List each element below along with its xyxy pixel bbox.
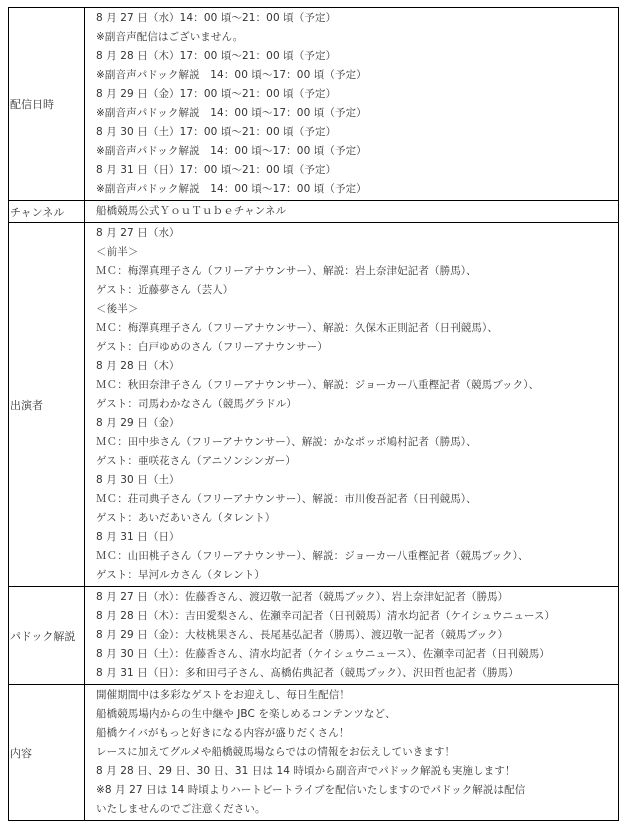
text-line: 船橋ケイバがもっと好きになる内容が盛りだくさん！: [96, 724, 618, 743]
row-label-paddock: パドック解説: [9, 587, 85, 685]
row-label-channel: チャンネル: [9, 201, 85, 223]
text-line: ＭＣ：梅澤真理子さん（フリーアナウンサー）、解説：岩上奈津妃記者（勝馬）、: [96, 262, 618, 281]
text-line: ＭＣ：田中歩さん（フリーアナウンサー）、解説：かなポッポ鳩村記者（勝馬）、: [96, 433, 618, 452]
text-line: 8 月 27 日（水）14：00 頃～21：00 頃（予定）: [96, 9, 618, 28]
text-line: レースに加えてグルメや船橋競馬場ならではの情報をお伝えしていきます！: [96, 743, 618, 762]
row-label-schedule: 配信日時: [9, 8, 85, 201]
text-line: ゲスト：近藤夢さん（芸人）: [96, 281, 618, 300]
broadcast-info-table: 配信日時 8 月 27 日（水）14：00 頃～21：00 頃（予定） ※副音声…: [8, 7, 619, 821]
row-label-cast: 出演者: [9, 223, 85, 587]
text-line: ＭＣ：山田桃子さん（フリーアナウンサー）、解説：ジョーカー八重樫記者（競馬ブック…: [96, 547, 618, 566]
text-line: 8 月 30 日（土）17：00 頃～21：00 頃（予定）: [96, 123, 618, 142]
text-line: いたしませんのでご注意ください。: [96, 800, 618, 819]
text-line: ゲスト：司馬わかなさん（競馬グラドル）: [96, 395, 618, 414]
text-line: 8 月 31 日（日）：多和田弓子さん、髙橋佑典記者（競馬ブック）、沢田哲也記者…: [96, 664, 618, 683]
text-line: 船橋競馬公式ＹｏｕＴｕｂｅチャンネル: [96, 202, 618, 221]
text-line: ＜後半＞: [96, 300, 618, 319]
text-line: ※8 月 27 日は 14 時頃よりハートビートライブを配信いたしますのでパドッ…: [96, 781, 618, 800]
text-line: 8 月 28 日（木）: [96, 357, 618, 376]
text-line: ゲスト：早河ルカさん（タレント）: [96, 566, 618, 585]
text-line: 8 月 29 日（金）17：00 頃～21：00 頃（予定）: [96, 85, 618, 104]
row-label-content: 内容: [9, 685, 85, 821]
text-line: ※副音声パドック解説 14：00 頃～17：00 頃（予定）: [96, 142, 618, 161]
row-channel: チャンネル 船橋競馬公式ＹｏｕＴｕｂｅチャンネル: [9, 201, 619, 223]
text-line: ＭＣ：秋田奈津子さん（フリーアナウンサー）、解説：ジョーカー八重樫記者（競馬ブッ…: [96, 376, 618, 395]
row-schedule: 配信日時 8 月 27 日（水）14：00 頃～21：00 頃（予定） ※副音声…: [9, 8, 619, 201]
row-cast: 出演者 8 月 27 日（水） ＜前半＞ ＭＣ：梅澤真理子さん（フリーアナウンサ…: [9, 223, 619, 587]
row-content-schedule: 8 月 27 日（水）14：00 頃～21：00 頃（予定） ※副音声配信はござ…: [85, 8, 619, 201]
text-line: ＭＣ：荘司典子さん（フリーアナウンサー）、解説：市川俊吾記者（日刊競馬）、: [96, 490, 618, 509]
text-line: ゲスト：あいだあいさん（タレント）: [96, 509, 618, 528]
text-line: ※副音声パドック解説 14：00 頃～17：00 頃（予定）: [96, 104, 618, 123]
text-line: 8 月 28 日（木）：吉田愛梨さん、佐瀬幸司記者（日刊競馬）清水均記者（ケイシ…: [96, 607, 618, 626]
text-line: 8 月 29 日（金）: [96, 414, 618, 433]
text-line: 8 月 31 日（日）17：00 頃～21：00 頃（予定）: [96, 161, 618, 180]
text-line: 8 月 30 日（土）: [96, 471, 618, 490]
text-line: 8 月 28 日（木）17：00 頃～21：00 頃（予定）: [96, 47, 618, 66]
text-line: ※副音声パドック解説 14：00 頃～17：00 頃（予定）: [96, 66, 618, 85]
text-line: 8 月 28 日、29 日、30 日、31 日は 14 時頃から副音声でパドック…: [96, 762, 618, 781]
row-content-channel: 船橋競馬公式ＹｏｕＴｕｂｅチャンネル: [85, 201, 619, 223]
row-content-description: 内容 開催期間中は多彩なゲストをお迎えし、毎日生配信！ 船橋競馬場内からの生中継…: [9, 685, 619, 821]
text-line: 8 月 30 日（土）：佐藤香さん、清水均記者（ケイシュウニュース）、佐瀬幸司記…: [96, 645, 618, 664]
text-line: ＭＣ：梅澤真理子さん（フリーアナウンサー）、解説：久保木正則記者（日刊競馬）、: [96, 319, 618, 338]
text-line: ※副音声パドック解説 14：00 頃～17：00 頃（予定）: [96, 180, 618, 199]
text-line: ゲスト：白戸ゆめのさん（フリーアナウンサー）: [96, 338, 618, 357]
text-line: 8 月 31 日（日）: [96, 528, 618, 547]
row-content-paddock: 8 月 27 日（水）：佐藤香さん、渡辺敬一記者（競馬ブック）、岩上奈津妃記者（…: [85, 587, 619, 685]
row-paddock: パドック解説 8 月 27 日（水）：佐藤香さん、渡辺敬一記者（競馬ブック）、岩…: [9, 587, 619, 685]
text-line: 8 月 27 日（水）: [96, 224, 618, 243]
text-line: 開催期間中は多彩なゲストをお迎えし、毎日生配信！: [96, 686, 618, 705]
text-line: 8 月 27 日（水）：佐藤香さん、渡辺敬一記者（競馬ブック）、岩上奈津妃記者（…: [96, 588, 618, 607]
text-line: ＜前半＞: [96, 243, 618, 262]
row-content-cast: 8 月 27 日（水） ＜前半＞ ＭＣ：梅澤真理子さん（フリーアナウンサー）、解…: [85, 223, 619, 587]
text-line: 8 月 29 日（金）：大枝桃果さん、長尾基弘記者（勝馬）、渡辺敬一記者（競馬ブ…: [96, 626, 618, 645]
row-content-body: 開催期間中は多彩なゲストをお迎えし、毎日生配信！ 船橋競馬場内からの生中継や J…: [85, 685, 619, 821]
text-line: ゲスト：亜咲花さん（アニソンシンガー）: [96, 452, 618, 471]
text-line: ※副音声配信はございません。: [96, 28, 618, 47]
text-line: 船橋競馬場内からの生中継や JBC を楽しめるコンテンツなど、: [96, 705, 618, 724]
